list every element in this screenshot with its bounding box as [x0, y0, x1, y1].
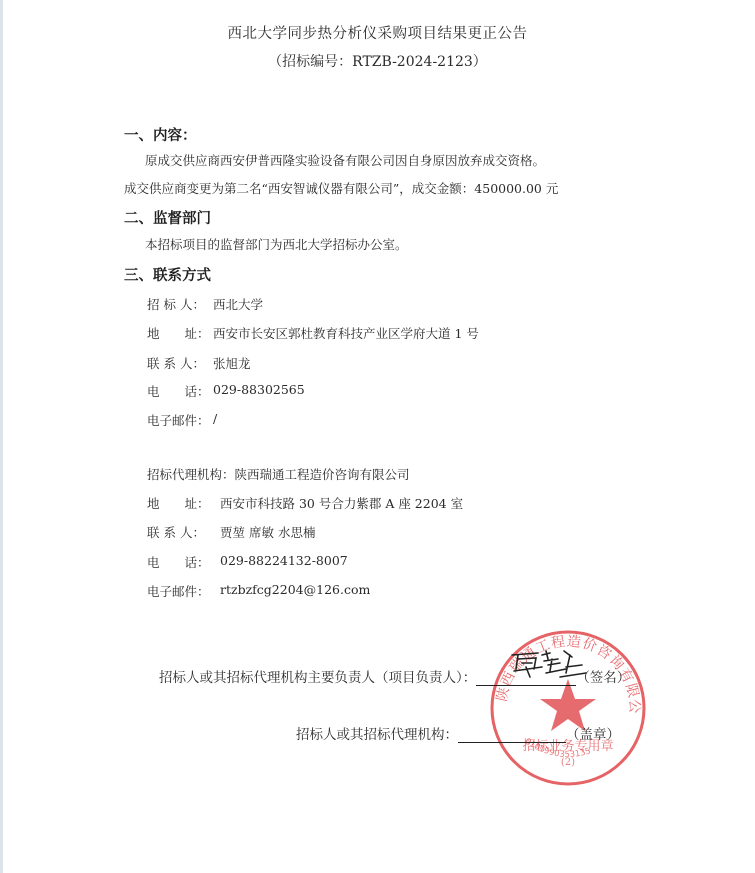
document-subtitle: （招标编号：RTZB-2024-2123）: [0, 51, 755, 71]
content-paragraph-1: 原成交供应商西安伊普西隆实验设备有限公司因自身原因放弃成交资格。: [145, 151, 545, 169]
organization-seal-blank: [458, 742, 566, 743]
scan-edge: [0, 0, 3, 873]
document-title: 西北大学同步热分析仪采购项目结果更正公告: [0, 22, 755, 43]
agency-email-row: 电子邮件： rtzbzfcg2204@126.com: [147, 582, 370, 600]
responsible-suffix: （签名）: [576, 670, 630, 686]
responsible-signature-blank: [476, 685, 576, 686]
agency-name-label: 招标代理机构：: [147, 465, 235, 483]
purchaser-name-label: 招 标 人：: [147, 295, 213, 313]
purchaser-address-value: 西安市长安区郭杜教育科技产业区学府大道 1 号: [213, 324, 479, 342]
organization-suffix: （盖章）: [566, 727, 620, 743]
agency-contact-value: 贾堃 席敏 水思楠: [220, 523, 315, 541]
agency-contact-label: 联 系 人：: [147, 523, 220, 541]
purchaser-email-label: 电子邮件：: [147, 411, 213, 429]
purchaser-email-row: 电子邮件： /: [147, 411, 217, 429]
purchaser-address-label: 地 址：: [147, 324, 213, 342]
supervision-paragraph: 本招标项目的监督部门为西北大学招标办公室。: [145, 235, 408, 253]
content-paragraph-2: 成交供应商变更为第二名“西安智诚仪器有限公司”，成交金额：450000.00 元: [124, 179, 558, 197]
organization-label: 招标人或其招标代理机构：: [296, 727, 458, 743]
purchaser-phone-row: 电 话： 029-88302565: [147, 382, 305, 400]
purchaser-address-row: 地 址： 西安市长安区郭杜教育科技产业区学府大道 1 号: [147, 324, 479, 342]
responsible-label: 招标人或其招标代理机构主要负责人（项目负责人）：: [159, 670, 476, 686]
agency-name-value: 陕西瑞通工程造价咨询有限公司: [235, 465, 410, 483]
section-heading-content: 一、内容：: [124, 124, 197, 145]
agency-address-value: 西安市科技路 30 号合力紫郡 A 座 2204 室: [220, 494, 463, 512]
agency-name-row: 招标代理机构： 陕西瑞通工程造价咨询有限公司: [147, 465, 410, 483]
agency-contact-row: 联 系 人： 贾堃 席敏 水思楠: [147, 523, 315, 541]
agency-email-value: rtzbzfcg2204@126.com: [220, 582, 370, 600]
purchaser-contact-row: 联 系 人： 张旭龙: [147, 354, 251, 372]
purchaser-phone-value: 029-88302565: [213, 382, 305, 400]
purchaser-contact-label: 联 系 人：: [147, 354, 213, 372]
agency-email-label: 电子邮件：: [147, 582, 220, 600]
responsible-signature-line: 招标人或其招标代理机构主要负责人（项目负责人）：（签名）: [159, 666, 630, 686]
agency-phone-value: 029-88224132-8007: [220, 553, 348, 571]
section-heading-supervision: 二、监督部门: [124, 207, 211, 228]
organization-seal-line: 招标人或其招标代理机构：（盖章）: [296, 723, 620, 743]
agency-phone-row: 电 话： 029-88224132-8007: [147, 553, 348, 571]
purchaser-name-row: 招 标 人： 西北大学: [147, 295, 263, 313]
agency-address-row: 地 址： 西安市科技路 30 号合力紫郡 A 座 2204 室: [147, 494, 463, 512]
agency-address-label: 地 址：: [147, 494, 220, 512]
purchaser-email-value: /: [213, 411, 217, 429]
purchaser-phone-label: 电 话：: [147, 382, 213, 400]
purchaser-contact-value: 张旭龙: [213, 354, 251, 372]
section-heading-contact: 三、联系方式: [124, 264, 211, 285]
purchaser-name-value: 西北大学: [213, 295, 263, 313]
agency-phone-label: 电 话：: [147, 553, 220, 571]
